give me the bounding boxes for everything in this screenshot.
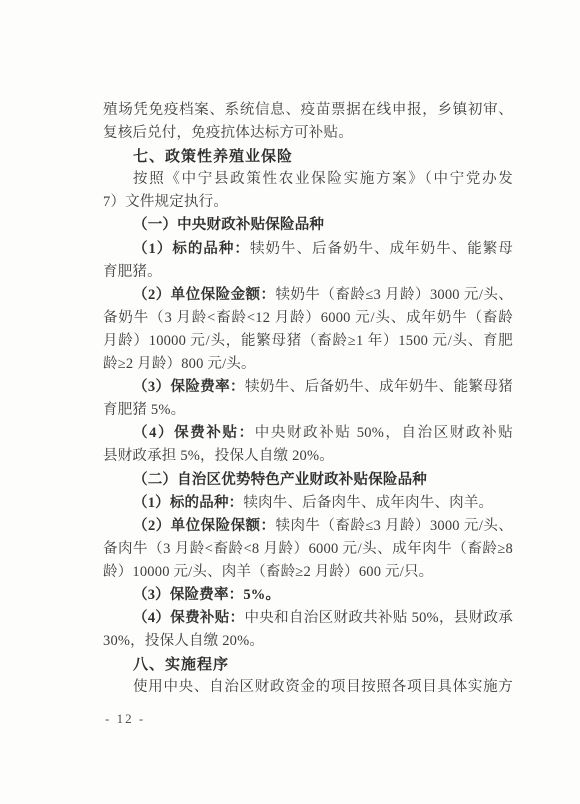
line-text: 县财政承担 5%，投保人自缴 20%。 xyxy=(103,448,334,464)
body-line: 县财政承担 5%，投保人自缴 20%。 xyxy=(103,445,513,468)
page-number: - 12 - xyxy=(105,710,145,728)
section-heading-8: 八、实施程序 xyxy=(103,653,513,676)
line-text: 备奶牛（3 月龄<畜龄<12 月龄）6000 元/头、成年奶牛（畜龄≥12 xyxy=(103,310,513,330)
item-line: （4）保费补贴：中央和自治区财政共补贴 50%，县财政承担 xyxy=(103,607,513,630)
document-body: 殖场凭免疫档案、系统信息、疫苗票据在线申报，乡镇初审、县级 复核后兑付，免疫抗体… xyxy=(103,99,513,699)
line-text: 育肥猪 5%。 xyxy=(103,402,185,418)
body-line: 殖场凭免疫档案、系统信息、疫苗票据在线申报，乡镇初审、县级 xyxy=(103,99,513,122)
body-line: 月龄）10000 元/头，能繁母猪（畜龄≥1 年）1500 元/头、育肥猪（畜 xyxy=(103,330,513,353)
body-line: 龄）10000 元/头、肉羊（畜龄≥2 月龄）600 元/只。 xyxy=(103,561,513,584)
item-line: （2）单位保险保额：犊肉牛（畜龄≤3 月龄）3000 元/头、后 xyxy=(103,515,513,538)
line-text: 复核后兑付，免疫抗体达标方可补贴。 xyxy=(103,125,353,141)
item-label: （2）单位保险保额： xyxy=(133,518,275,534)
body-line: 7）文件规定执行。 xyxy=(103,191,513,214)
item-label: （1）标的品种： xyxy=(133,495,243,511)
item-line: （2）单位保险金额：犊奶牛（畜龄≤3 月龄）3000 元/头、后 xyxy=(103,284,513,307)
body-line: 育肥猪 5%。 xyxy=(103,399,513,422)
heading-text: （二）自治区优势特色产业财政补贴保险品种 xyxy=(133,472,427,488)
item-label: （4）保费补贴： xyxy=(133,610,244,626)
heading-text: （一）中央财政补贴保险品种 xyxy=(133,217,324,233)
line-text: 犊肉牛、后备肉牛、成年肉牛、肉羊。 xyxy=(243,495,493,511)
line-text: 龄≥2 月龄）800 元/头。 xyxy=(103,356,256,372)
line-text: 备肉牛（3 月龄<畜龄<8 月龄）6000 元/头、成年肉牛（畜龄≥8 月 xyxy=(103,541,513,561)
line-text: 按照《中宁县政策性农业保险实施方案》（中宁党办发〔2025〕 xyxy=(103,171,513,191)
section-heading-7: 七、政策性养殖业保险 xyxy=(103,145,513,168)
item-line: （4）保费补贴：中央财政补贴 50%，自治区财政补贴 25%， xyxy=(103,422,513,445)
item-label: （4）保费补贴： xyxy=(133,425,255,441)
line-text: 龄）10000 元/头、肉羊（畜龄≥2 月龄）600 元/只。 xyxy=(103,564,433,580)
body-line: 备肉牛（3 月龄<畜龄<8 月龄）6000 元/头、成年肉牛（畜龄≥8 月 xyxy=(103,538,513,561)
line-text: 使用中央、自治区财政资金的项目按照各项目具体实施方案 xyxy=(103,679,513,699)
body-line: 复核后兑付，免疫抗体达标方可补贴。 xyxy=(103,122,513,145)
body-line: 龄≥2 月龄）800 元/头。 xyxy=(103,353,513,376)
item-label: （1）标的品种： xyxy=(133,241,250,257)
body-line: 育肥猪。 xyxy=(103,261,513,284)
body-line: 使用中央、自治区财政资金的项目按照各项目具体实施方案 xyxy=(103,676,513,699)
body-line: 按照《中宁县政策性农业保险实施方案》（中宁党办发〔2025〕 xyxy=(103,168,513,191)
item-label: （3）保险费率：5%。 xyxy=(133,587,280,603)
line-text: 7）文件规定执行。 xyxy=(103,194,228,210)
item-line: （1）标的品种：犊奶牛、后备奶牛、成年奶牛、能繁母猪、 xyxy=(103,238,513,261)
item-label: （2）单位保险金额： xyxy=(133,287,275,303)
line-text: 月龄）10000 元/头，能繁母猪（畜龄≥1 年）1500 元/头、育肥猪（畜 xyxy=(103,333,513,353)
line-text: 殖场凭免疫档案、系统信息、疫苗票据在线申报，乡镇初审、县级 xyxy=(103,102,513,122)
item-label: （3）保险费率： xyxy=(133,379,245,395)
subsection-heading-2: （二）自治区优势特色产业财政补贴保险品种 xyxy=(103,469,513,492)
body-line: 30%，投保人自缴 20%。 xyxy=(103,630,513,653)
line-text: 育肥猪。 xyxy=(103,264,162,280)
item-line: （3）保险费率：5%。 xyxy=(103,584,513,607)
body-line: 备奶牛（3 月龄<畜龄<12 月龄）6000 元/头、成年奶牛（畜龄≥12 xyxy=(103,307,513,330)
document-page: 殖场凭免疫档案、系统信息、疫苗票据在线申报，乡镇初审、县级 复核后兑付，免疫抗体… xyxy=(0,0,580,804)
subsection-heading-1: （一）中央财政补贴保险品种 xyxy=(103,214,513,237)
item-line: （1）标的品种：犊肉牛、后备肉牛、成年肉牛、肉羊。 xyxy=(103,492,513,515)
heading-text: 八、实施程序 xyxy=(133,656,229,673)
line-text: 30%，投保人自缴 20%。 xyxy=(103,633,264,649)
heading-text: 七、政策性养殖业保险 xyxy=(133,148,293,165)
item-line: （3）保险费率：犊奶牛、后备奶牛、成年奶牛、能繁母猪 6%， xyxy=(103,376,513,399)
